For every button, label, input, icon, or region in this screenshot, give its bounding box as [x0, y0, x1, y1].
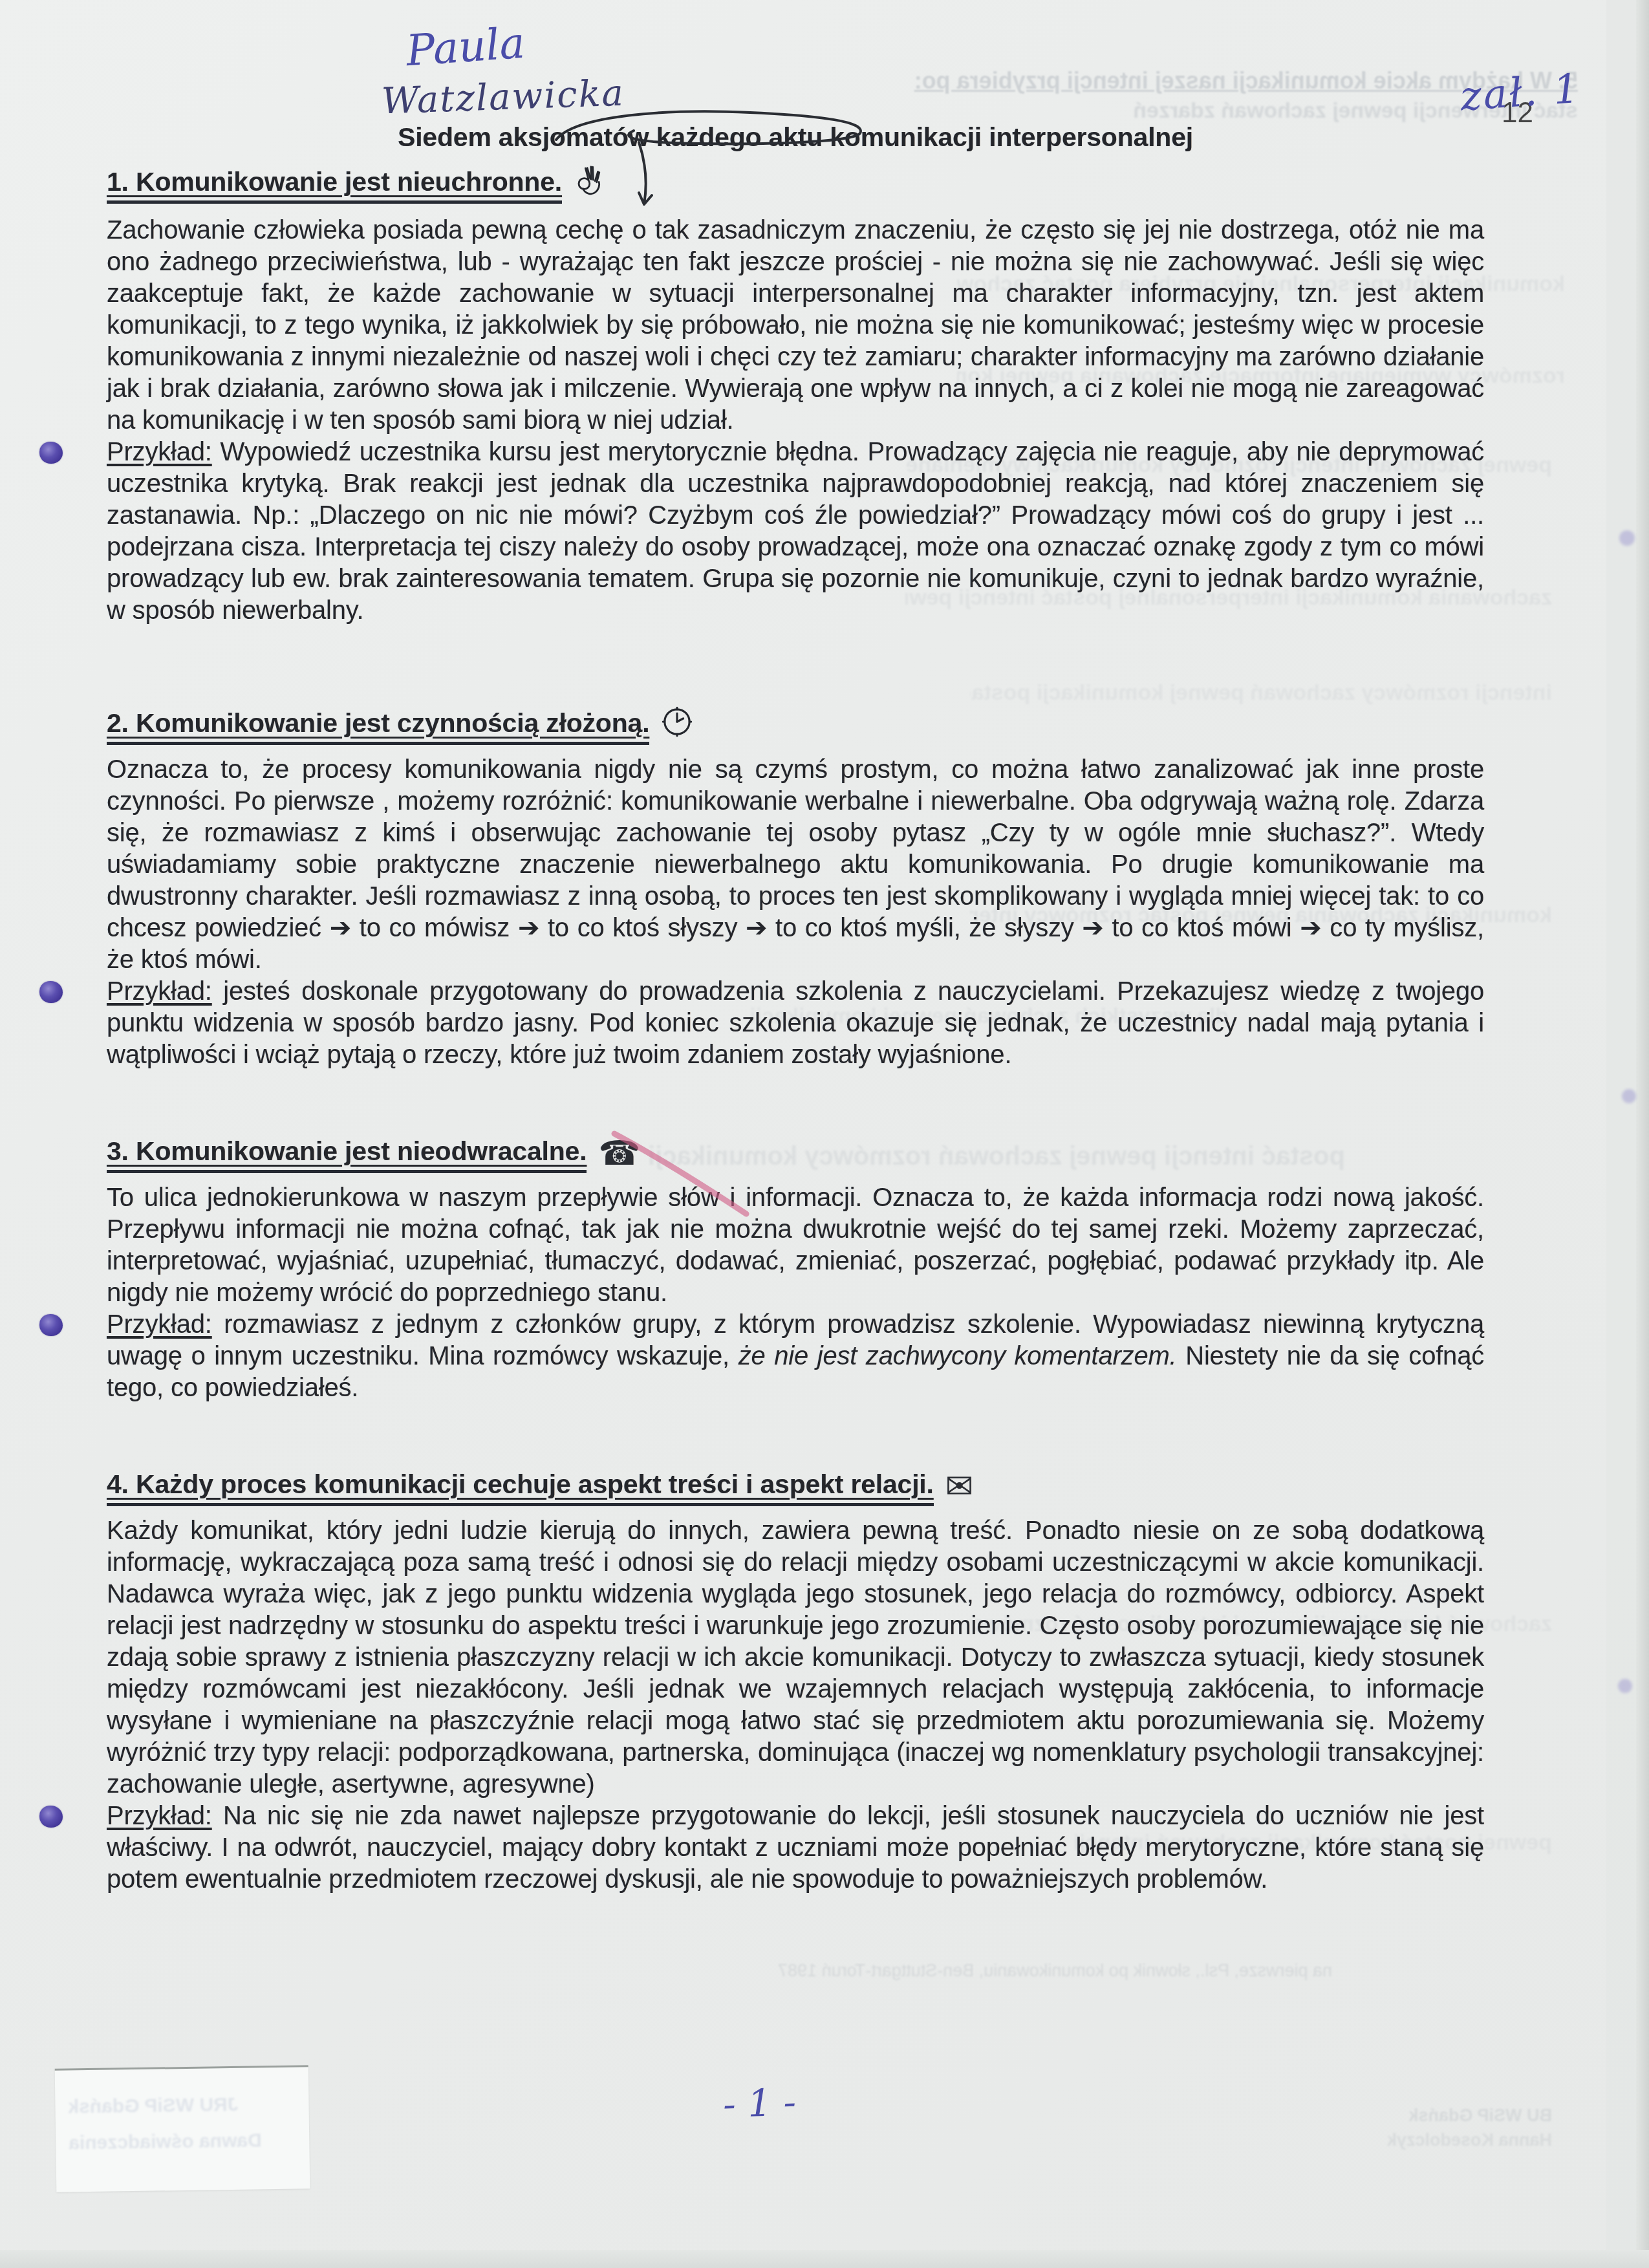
paper-edge-right [1636, 0, 1649, 2268]
section-1-example: Przykład: Wypowiedź uczestnika kursu jes… [107, 437, 1484, 627]
example-label: Przykład: [107, 1310, 212, 1339]
section-3-heading: 3. Komunikowanie jest nieodwracalne.☎ [107, 1136, 1484, 1173]
section-gap [107, 1404, 1484, 1460]
paper-edge-shade [1606, 0, 1636, 2268]
bleedthrough-box-line: Dawna oświadczenia [69, 2130, 262, 2154]
section-3-example: Przykład: rozmawiasz z jednym z członków… [107, 1309, 1484, 1404]
blue-marker-bullet [39, 1314, 63, 1336]
blue-marker-bullet [39, 1806, 63, 1828]
white-label-box: JRU WSiP Gdańsk Dawna oświadczenia [55, 2065, 310, 2192]
section-4: 4. Każdy proces komunikacji cechuje aspe… [107, 1469, 1484, 1895]
example-text: Na nic się nie zda nawet najlepsze przyg… [107, 1802, 1484, 1894]
clock-icon [661, 706, 693, 745]
section-gap [107, 1071, 1484, 1127]
pink-stray-mark [595, 1122, 763, 1226]
section-3-paragraph: To ulica jednokierunkowa w naszym przepł… [107, 1182, 1484, 1309]
bleedthrough-stamp-line: Hanna Kosedolczyk [1332, 2130, 1552, 2150]
blue-marker-bullet [39, 981, 63, 1003]
bleedthrough-bullet-dot [1618, 1679, 1632, 1693]
section-1-paragraph: Zachowanie człowieka posiada pewną cechę… [107, 215, 1484, 437]
bleedthrough-bullet-dot [1622, 1089, 1636, 1103]
envelope-icon: ✉ [945, 1470, 973, 1504]
example-label: Przykład: [107, 977, 212, 1006]
section-1-heading-text: 1. Komunikowanie jest nieuchronne. [107, 166, 562, 204]
section-2-paragraph: Oznacza to, że procesy komunikowania nig… [107, 754, 1484, 976]
scanned-document-page: 5. W każdym akcie komunikacji naszej int… [0, 0, 1649, 2268]
bleedthrough-box-line: JRU WSiP Gdańsk [68, 2094, 238, 2119]
handwritten-page-number: - 1 - [722, 2080, 797, 2126]
section-4-example: Przykład: Na nic się nie zda nawet najle… [107, 1800, 1484, 1895]
document-body: Siedem aksjomatów każdego aktu komunikac… [107, 122, 1484, 1895]
bleedthrough-citation: na pierwsze, Psl., słownik po komunikowa… [685, 1961, 1332, 1981]
section-4-heading: 4. Każdy proces komunikacji cechuje aspe… [107, 1469, 1484, 1506]
section-2: 2. Komunikowanie jest czynnością złożoną… [107, 706, 1484, 1071]
hand-drawn-circle-annotation [537, 97, 951, 226]
handwritten-corner-note: zał. 1 [1459, 65, 1582, 120]
paper-edge-bottom [0, 2250, 1649, 2268]
example-text: Wypowiedź uczestnika kursu jest merytory… [107, 438, 1484, 625]
section-3-heading-text: 3. Komunikowanie jest nieodwracalne. [107, 1136, 587, 1173]
section-gap [107, 627, 1484, 697]
section-4-heading-text: 4. Każdy proces komunikacji cechuje aspe… [107, 1469, 934, 1506]
example-text: jesteś doskonale przygotowany do prowadz… [107, 977, 1484, 1069]
bleedthrough-bullet-dot [1619, 530, 1635, 546]
section-3: 3. Komunikowanie jest nieodwracalne.☎ To… [107, 1136, 1484, 1404]
example-text-italic: że nie jest zachwycony komentarzem. [738, 1342, 1177, 1370]
section-2-heading: 2. Komunikowanie jest czynnością złożoną… [107, 706, 1484, 745]
example-label: Przykład: [107, 1802, 212, 1830]
section-1: 1. Komunikowanie jest nieuchronne. Zacho… [107, 162, 1484, 627]
blue-marker-bullet [39, 442, 63, 464]
handwritten-name-first: Paula [405, 18, 527, 76]
section-4-paragraph: Każdy komunikat, który jedni ludzie kier… [107, 1515, 1484, 1800]
bleedthrough-stamp-line: BU WSiP Gdańsk [1339, 2106, 1552, 2126]
section-2-heading-text: 2. Komunikowanie jest czynnością złożoną… [107, 707, 649, 745]
example-label: Przykład: [107, 438, 212, 466]
section-2-example: Przykład: jesteś doskonale przygotowany … [107, 976, 1484, 1071]
